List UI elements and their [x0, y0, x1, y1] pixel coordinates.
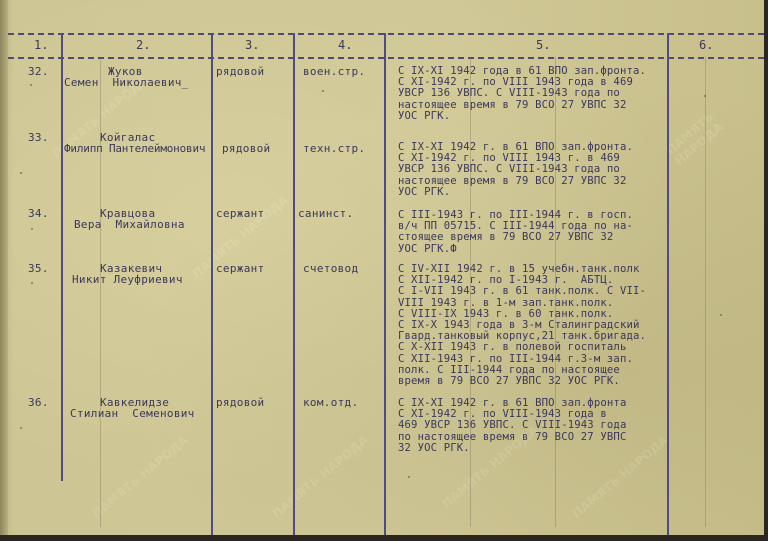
service-line: 32 УОС РГК.: [398, 443, 673, 454]
rank: сержант: [216, 208, 264, 219]
ink-speck: [720, 314, 722, 316]
archive-watermark: ПАМЯТЬ НАРОДА: [270, 433, 371, 521]
binding-edge: [0, 0, 8, 535]
service-record: С IX-XI 1942 года в 61 ВПО зап.фронта. С…: [398, 66, 673, 122]
column-header-2: 2.: [136, 38, 150, 52]
rank: сержант: [216, 263, 264, 274]
row-number: 34.: [28, 208, 49, 219]
service-record: С III-1943 г. по III-1944 г. в госп. в/ч…: [398, 210, 673, 255]
column-header-3: 3.: [245, 38, 259, 52]
column-header-5: 5.: [536, 38, 550, 52]
archive-watermark: ПАМЯТЬ НАРОДА: [90, 433, 191, 521]
service-line: С I-VII 1943 г. в 61 танк.полк. С VII-: [398, 286, 673, 297]
ink-speck: [31, 282, 33, 284]
service-record: С IX-XI 1942 г. в 61 ВПО зап.фронта. С X…: [398, 142, 673, 198]
row-number: 33.: [28, 132, 49, 143]
service-line: стоящее время в 79 ВСО 27 УВПС 32: [398, 232, 673, 243]
given-names: Семен Николаевич_: [64, 77, 189, 88]
service-line: УОС РГК.Ф: [398, 244, 673, 255]
ink-speck: [704, 95, 706, 97]
column-header-4: 4.: [338, 38, 352, 52]
row-number: 35.: [28, 263, 49, 274]
archive-watermark: ПАМЯТЬ НАРОДА: [663, 80, 761, 168]
faint-guide-line: [705, 57, 706, 527]
service-line: С X-XII 1943 г. в полевой госпиталь: [398, 342, 673, 353]
service-line: 469 УВСР 136 УВПС. С VIII-1943 года: [398, 420, 673, 431]
service-line: УВСР 136 УВПС. С VIII-1943 года по: [398, 164, 673, 175]
column-header-1: 1.: [34, 38, 48, 52]
given-names: Филипп Пантелеймонович: [64, 143, 205, 154]
rank: рядовой: [222, 143, 270, 154]
position: воен.стр.: [303, 66, 365, 77]
document-page: ПАМЯТЬ НАРОДА ПАМЯТЬ НАРОДА ПАМЯТЬ НАРОД…: [0, 0, 768, 541]
header-top-rule: [8, 33, 764, 35]
position: техн.стр.: [303, 143, 365, 154]
service-line: УВСР 136 УВПС. С VIII-1943 года по: [398, 88, 673, 99]
given-names: Вера Михайловна: [74, 219, 185, 230]
given-names: Стилиан Семенович: [70, 408, 195, 419]
ink-speck: [20, 172, 22, 174]
position: санинст.: [298, 208, 353, 219]
given-names: Никит Леуфриевич: [72, 274, 183, 285]
ink-speck: [20, 427, 22, 429]
service-line: УОС РГК.: [398, 111, 673, 122]
column-divider: [61, 33, 63, 481]
rank: рядовой: [216, 66, 264, 77]
faint-guide-line: [100, 57, 101, 527]
ink-speck: [31, 228, 33, 230]
service-line: время в 79 ВСО 27 УВПС 32 УОС РГК.: [398, 376, 673, 387]
column-divider: [293, 33, 295, 535]
service-record: С IX-XI 1942 г. в 61 ВПО зап.фронта С XI…: [398, 398, 673, 454]
rank: рядовой: [216, 397, 264, 408]
column-divider: [211, 33, 213, 535]
position: счетовод: [303, 263, 358, 274]
row-number: 32.: [28, 66, 49, 77]
ink-speck: [322, 90, 324, 92]
row-number: 36.: [28, 397, 49, 408]
service-line: УОС РГК.: [398, 187, 673, 198]
header-bottom-rule: [8, 57, 764, 59]
ink-speck: [408, 476, 410, 478]
column-divider: [384, 33, 386, 535]
column-header-6: 6.: [699, 38, 713, 52]
ink-speck: [30, 84, 32, 86]
service-record: С IV-XII 1942 г. в 15 учебн.танк.полк С …: [398, 264, 673, 387]
position: ком.отд.: [303, 397, 358, 408]
